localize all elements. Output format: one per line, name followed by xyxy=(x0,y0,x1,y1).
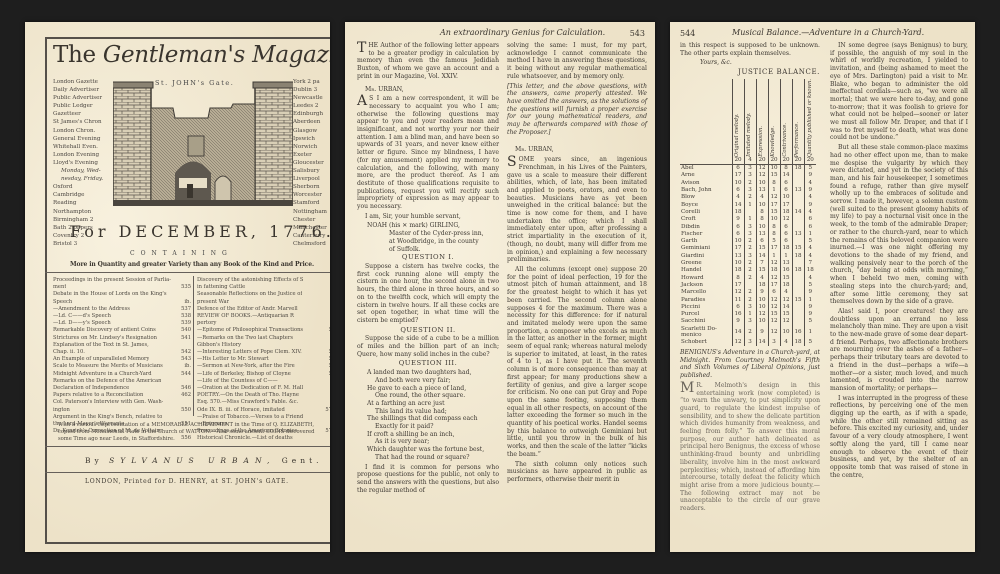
magazine-title: The Gentleman's Magazine: xyxy=(53,42,330,68)
adventure-intro: R. Melmoth's design in this entertaining… xyxy=(680,382,820,512)
toc-column-divider xyxy=(193,276,194,416)
table-row: Arne1731215149 xyxy=(680,172,816,179)
maximum-row: 2042020202020 xyxy=(680,157,816,165)
table-row: Greene102712137 xyxy=(680,260,816,267)
question-1-heading: QUESTION I. xyxy=(357,254,499,262)
justice-balance-title: JUSTICE BALANCE. xyxy=(680,69,820,77)
question-3-heading: QUESTION III. xyxy=(357,360,499,368)
adventure-paragraph: But all these stale common-place maxims … xyxy=(830,144,968,306)
drop-cap: M xyxy=(680,383,694,393)
toc-entry: Remarks on the Defence of the American xyxy=(53,378,191,385)
toc-entry: Remarkable Discovery of antient Coins540 xyxy=(53,327,191,334)
toc-entry: Col. Paterson's Interview with Gen. Wash… xyxy=(53,399,191,406)
toc-entry: Esq. 570.—Miss Crawford's Fable. &c. xyxy=(197,399,330,406)
toc-entry: ment535 xyxy=(53,284,191,291)
toc-entry: in fattening Cattle xyxy=(197,284,330,291)
editor-note: [This letter, and the above questions, w… xyxy=(507,83,647,137)
table-row: Sacchini931012125 xyxy=(680,318,816,325)
salutation: Mr. URBAN, xyxy=(357,86,499,94)
table-row: Piccini631012149 xyxy=(680,304,816,311)
salutation: Mr. URBAN, xyxy=(507,146,647,154)
letter-body: S I am a new correspondent, it will be n… xyxy=(357,95,499,210)
column-explanation: All the columns (except one) suppose 20 … xyxy=(507,266,647,459)
toc-entry: present War xyxy=(197,299,330,306)
table-row: Schobert1231434185 xyxy=(680,339,816,346)
byline: By SYLVANUS URBAN, Gent. xyxy=(85,456,322,465)
toc-entry: An Example of unparalleled Memory543 xyxy=(53,356,191,363)
table-row: Giardini1331411184 xyxy=(680,253,816,260)
cover-subtitle: More in Quantity and greater Variety tha… xyxy=(70,261,314,268)
musical-scale-intro: OME years since, an ingenious Frenchman,… xyxy=(507,156,647,263)
page-544: 544 Musical Balance.—Adventure in a Chur… xyxy=(670,22,975,552)
running-head: Musical Balance.—Adventure in a Church-Y… xyxy=(732,28,924,37)
column-right: solving the same: I must, for my part, a… xyxy=(507,42,647,486)
question-3-verse: A landed man two daughters had,And both … xyxy=(357,369,499,461)
table-row: Garth1026565 xyxy=(680,238,816,245)
drop-cap: A xyxy=(357,96,367,106)
toc-entry: Chap. ii. 10.542 xyxy=(53,349,191,356)
divider xyxy=(45,272,330,273)
page-number: 544 xyxy=(680,29,695,38)
toc-entry: —Praise of Tobacco.—Verses to a Friend xyxy=(197,414,330,421)
outro-paragraph: I find it is common for persons who prop… xyxy=(357,464,499,495)
toc-entry: Seasonable Reflections on the Justice of xyxy=(197,291,330,298)
toc-entry: Argument in the King's Bench, relative t… xyxy=(53,414,191,421)
signoff: Yours, &c. xyxy=(680,59,820,67)
toc-entry: —Oration at the Dedication of F. M. Hall xyxy=(197,385,330,392)
toc-entry: —Interesting Letters of Pope Clem. XIV.5 xyxy=(197,349,330,356)
drop-cap: T xyxy=(357,43,366,53)
adventure-heading: BENIGNUS's Adventure in a Church-yard, a… xyxy=(680,349,820,380)
drop-cap: S xyxy=(507,157,517,167)
column-left: THE Author of the following letter appea… xyxy=(357,42,499,496)
adventure-paragraph: Alas! said I, poor creatures! they are d… xyxy=(830,308,968,393)
page-number: 543 xyxy=(630,29,645,38)
toc-entry: —Remarks on the Two last Chapters xyxy=(197,335,330,342)
table-row: Jackson171817185 xyxy=(680,282,816,289)
toc-entry: pertory xyxy=(197,320,330,327)
column-right: IN some degree (says Benignus) to bury, … xyxy=(830,42,968,481)
table-of-contents-right: Discovery of the astonishing Effects of … xyxy=(197,277,330,443)
toc-entry: Declaration of Independence546 xyxy=(53,385,191,392)
table-of-contents-left: Proceedings in the present Session of Pa… xyxy=(53,277,191,443)
toc-entry: —His Letter to Mr. Stewart5 xyxy=(197,356,330,363)
table-row: Croft91810126 xyxy=(680,216,816,223)
toc-entry: —Amendment to the Address537 xyxy=(53,306,191,313)
table-row: Fischer631386131 xyxy=(680,231,816,238)
table-row: Bach, John631316139 xyxy=(680,187,816,194)
justice-balance-table: Original melody. Imitated melody. Expres… xyxy=(680,79,816,346)
magazine-cover-page: The Gentleman's Magazine: London Gazette… xyxy=(25,22,330,552)
continued-paragraph: in this respect is supposed to be unknow… xyxy=(680,42,820,57)
question-2-heading: QUESTION II. xyxy=(357,327,499,335)
question-1: Suppose a cistern has twelve cocks, the … xyxy=(357,263,499,325)
question-2: Suppose the side of a cube to be a milli… xyxy=(357,335,499,358)
running-head: An extraordinary Genius for Calculation. xyxy=(440,28,605,37)
imprint: LONDON, Printed for D. HENRY, at ST. JOH… xyxy=(85,478,289,485)
cover-illustration-note: With a curious Representation of a MEMOR… xyxy=(58,422,328,443)
page-543: An extraordinary Genius for Calculation.… xyxy=(345,22,655,552)
table-row: Geminiani172151718154 xyxy=(680,245,816,252)
table-row: Abel6312108185 xyxy=(680,165,816,173)
toc-entry: —Life of Berkeley, Bishop of Cloyne5 xyxy=(197,371,330,378)
toc-entry: Gibbon's History xyxy=(197,342,330,349)
toc-entry: Ode IX. B. iii. of Horace, imitated57 xyxy=(197,407,330,414)
closing: I am, Sir, your humble servant, xyxy=(357,213,499,221)
table-row: Corelli1881518144 xyxy=(680,209,816,216)
toc-entry: Discovery of the astonishing Effects of … xyxy=(197,277,330,284)
table-row: Dibdin6310866 xyxy=(680,224,816,231)
byline-box xyxy=(45,446,330,502)
toc-entry: Explanation of the Text in St. James, xyxy=(53,342,191,349)
intro-paragraph: HE Author of the following letter appear… xyxy=(357,42,499,80)
containing-label: CONTAINING xyxy=(130,250,233,257)
performance-note: The sixth column only notices such music… xyxy=(507,461,647,484)
toc-entry: —Life of the Countess of C—— xyxy=(197,378,330,385)
toc-entry: —Ld. C——d's Speech538 xyxy=(53,313,191,320)
toc-entry: Proceedings in the present Session of Pa… xyxy=(53,277,191,284)
adventure-paragraph: I was interrupted in the progress of the… xyxy=(830,395,968,480)
toc-entry: Defence of the Editor of Andr. Marvell xyxy=(197,306,330,313)
st-johns-gate-engraving xyxy=(113,78,293,206)
issue-date: For DECEMBER, 1776. xyxy=(70,222,330,241)
toc-entry: POETRY.—On the Death of Tho. Hayne xyxy=(197,392,330,399)
toc-entry: Scale to Measure the Merits of Musicians… xyxy=(53,363,191,370)
continued-paragraph: solving the same: I must, for my part, a… xyxy=(507,42,647,81)
toc-entry: Debate in the House of Lords on the King… xyxy=(53,291,191,298)
toc-entry: —Epitome of Philosophical Transactions5 xyxy=(197,327,330,334)
toc-entry: ington550 xyxy=(53,407,191,414)
table-row: Howard82412154 xyxy=(680,275,816,282)
table-row: Purcel1611215159 xyxy=(680,311,816,318)
table-row: Avison10210864 xyxy=(680,180,816,187)
divider xyxy=(45,472,330,473)
toc-entry: Papers relative to a Reconciliation462 xyxy=(53,392,191,399)
toc-entry: —Sermon at New-York, after the Fire5 xyxy=(197,363,330,370)
table-row: Scarletti Do-menico14291210161 xyxy=(680,326,816,339)
table-row: Blow42412104 xyxy=(680,194,816,201)
table-row: Marcello1229649 xyxy=(680,289,816,296)
toc-entry: Speechib. xyxy=(53,299,191,306)
toc-entry: —Ld. D——y's Speech539 xyxy=(53,320,191,327)
toc-entry: Midnight Adventure in a Church-Yard544 xyxy=(53,371,191,378)
toc-entry: Strictures on Mr. Lindsey's Resignation5… xyxy=(53,335,191,342)
table-row: Boyce1411017179 xyxy=(680,202,816,209)
adventure-paragraph: IN some degree (says Benignus) to bury, … xyxy=(830,42,968,142)
table-row: Paradies112101212151 xyxy=(680,297,816,304)
gate-label: St. JOHN's Gate. xyxy=(155,79,234,87)
signature: NOAH (his ✕ mark) GIRLING, Master of the… xyxy=(357,222,499,253)
table-row: Handel1821518161818 xyxy=(680,267,816,274)
column-left: in this respect is supposed to be unknow… xyxy=(680,42,820,515)
toc-entry: REVIEW OF BOOKS.—Antiquarian R xyxy=(197,313,330,320)
